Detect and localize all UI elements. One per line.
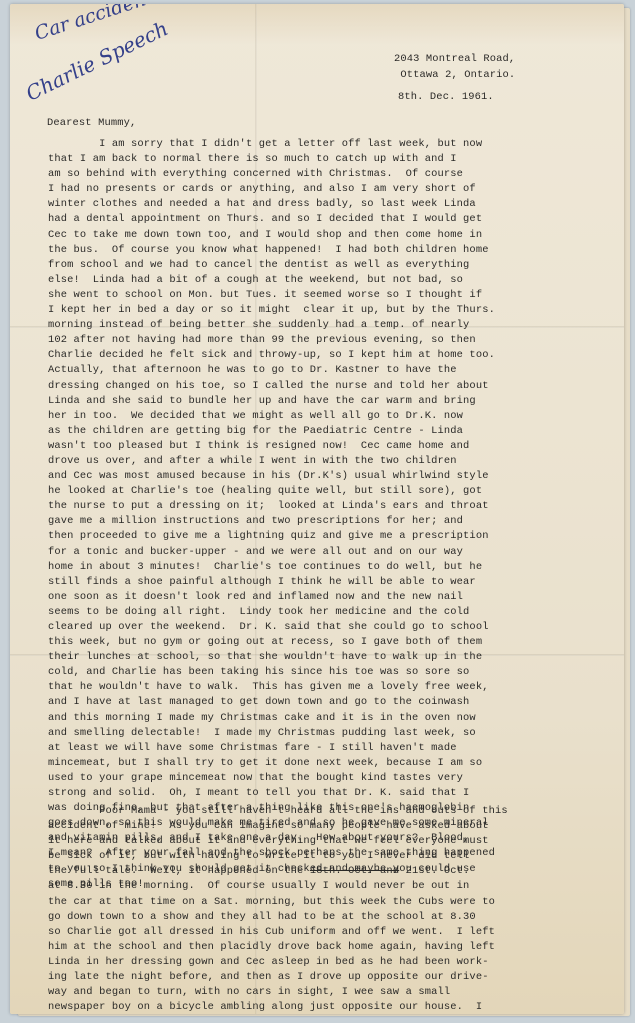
paragraph-text: 21st. Oct. at 8.30 in the morning. Of co… [48,865,495,1013]
paragraph: Poor Mama - you still haven't heard all … [48,804,508,1014]
struck-text: 18th.-Oct.-and [310,865,399,877]
salutation: Dearest Mummy, [47,116,136,131]
letter-date: 8th. Dec. 1961. [398,90,494,105]
address-line: 2043 Montreal Road, [394,53,515,65]
sender-address: 2043 Montreal Road, Ottawa 2, Ontario. [394,51,515,83]
paragraph: I am sorry that I didn't get a letter of… [48,137,495,892]
address-line: Ottawa 2, Ontario. [394,69,515,81]
letter-page: Car accident Charlie Speech 2043 Montrea… [10,4,624,1014]
